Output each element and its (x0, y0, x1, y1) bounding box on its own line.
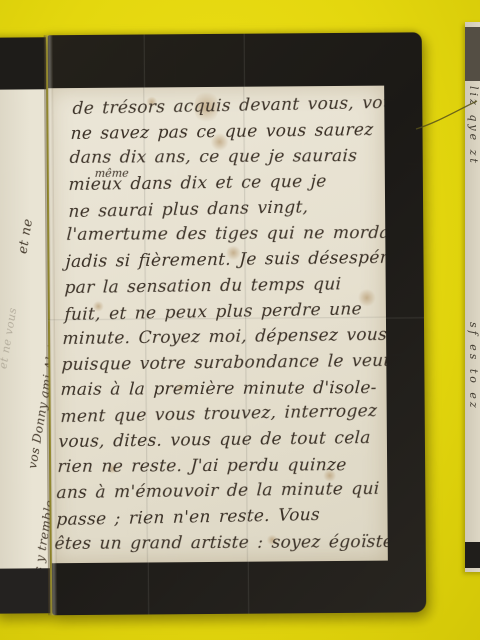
stray-hair-on-background (412, 96, 480, 134)
left-page-sliver: et ne vos Donny ami Alein que que vous y… (0, 37, 50, 613)
right-page-black-border: même de trésors acquis devant vous, vous… (48, 32, 427, 615)
black-border-bottom-left-page (0, 568, 50, 613)
handwriting-line: l'amertume des tiges qui ne mordait (66, 221, 388, 249)
interlinear-insertion: même (94, 167, 129, 180)
adjacent-letter-black-border-bottom (465, 542, 480, 568)
adjacent-letter-handwriting-marks: sf es to ez (467, 322, 480, 411)
letter-body-text: de trésors acquis devant vous, vous ne s… (54, 92, 388, 559)
handwriting-line: ne savez pas ce que vous saurez (70, 117, 388, 147)
left-page-handwriting-fragment: et ne (15, 217, 36, 255)
handwriting-line: êtes un grand artiste : soyez égoïste (54, 530, 377, 558)
handwriting-line: vous, dites. vous que de tout cela (58, 426, 381, 456)
adjacent-letter-black-border-top (465, 27, 480, 81)
handwriting-line: rien ne reste. J'ai perdu quinze (57, 453, 380, 481)
handwriting-line: puisque votre surabondance le veut, (61, 349, 384, 379)
black-border-top-left-page (0, 37, 46, 89)
handwriting-line: jadis si fièrement. Je suis désespéré (65, 246, 388, 276)
letter-paper: même de trésors acquis devant vous, vous… (48, 86, 388, 564)
handwriting-line: fuit, et ne peux plus perdre une (64, 296, 387, 328)
handwriting-line: passe ; rien n'en reste. Vous (56, 502, 379, 534)
mourning-letter-bifolium: et ne vos Donny ami Alein que que vous y… (0, 32, 426, 615)
left-page-showthrough-fragment: et ne vous (0, 306, 19, 369)
